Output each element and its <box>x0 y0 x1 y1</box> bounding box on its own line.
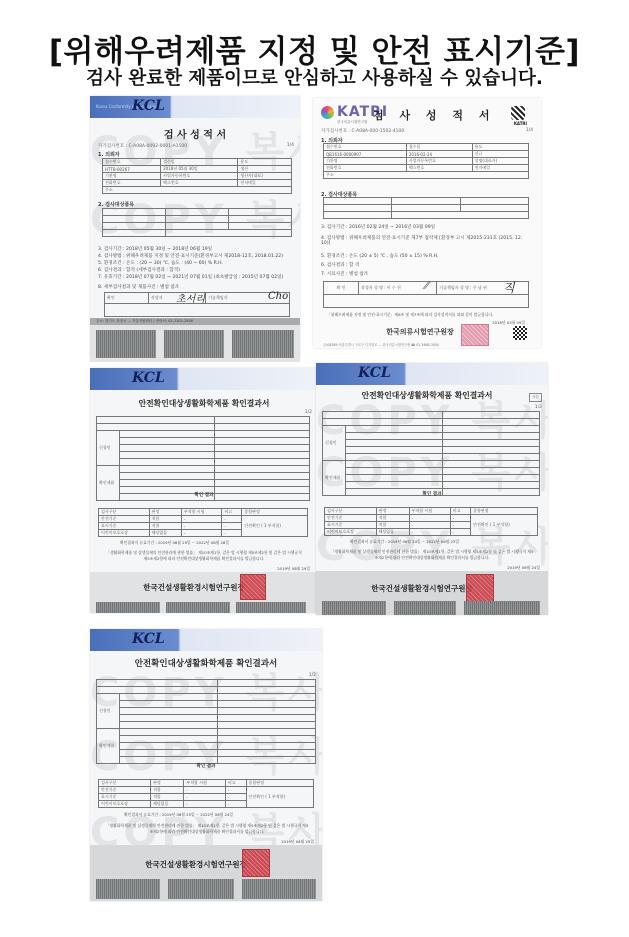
security-pattern <box>168 879 234 899</box>
kcl-logo-icon: KCL <box>132 631 165 647</box>
doc-title: 안전확인대상생활화학제품 확인결과서 <box>316 390 548 401</box>
official-seal-icon <box>240 574 266 600</box>
official-seal-icon <box>461 324 489 346</box>
katri-mark-label: KATRI <box>514 121 527 126</box>
security-pattern <box>96 602 160 613</box>
issuing-organization: 한국의류시험연구원장 <box>313 327 541 337</box>
validity-period: 7. 유효기간 : 2018년 07월 02일 ~ 2021년 07월 01일 … <box>98 274 283 280</box>
section-heading: 1. 의뢰자 <box>98 151 120 158</box>
issuing-organization: 한국건설생활환경시험연구원장 <box>90 582 318 593</box>
signature: 초서리 <box>176 290 205 305</box>
requester-table: 접수번호접수일용도 QB1616-00009972016-02-24신규 기관명… <box>323 143 529 179</box>
detail-results: 8. 세부검사결과 및 제품사진 : 별첨 참조 <box>98 284 179 290</box>
page-number: 1/4 <box>526 128 533 133</box>
kcl-banner: KCL <box>90 368 318 390</box>
official-seal-icon <box>466 574 494 602</box>
katri-mark-icon <box>511 106 525 120</box>
page-number: 1/2 <box>305 410 312 415</box>
cert-number: 자가검사번호 : C-A08A-000-1502-4100 <box>321 128 404 134</box>
result-header: 확인 결과 <box>90 492 318 498</box>
cert-number: 자가검사번호 : C-A08A-0092-0001-A1500 <box>98 143 187 149</box>
issue-statement: 「생활화학제품 및 살생물제의 안전관리에 관한 법률」 제10조제1항, 같은… <box>330 549 534 561</box>
section-heading: 2. 검사대상품목 <box>98 201 134 208</box>
signature: Cho <box>268 291 288 302</box>
issuing-organization: 한국건설생활환경시험연구원장 <box>90 859 322 870</box>
security-pattern <box>242 879 316 899</box>
page-number: 1/2 <box>309 673 316 678</box>
product-table <box>102 208 292 237</box>
kcl-banner: KCL <box>90 629 322 651</box>
security-pattern <box>464 601 540 615</box>
inspection-period: 3. 검사기간 : 2016년 02월 24일 ~ 2016년 03월 09일 <box>321 224 435 230</box>
applicant-table: 신청인 확인제품 <box>322 411 540 496</box>
inspection-method: 4. 검사방법 : 위해우려제품 지정 및 안전·표시기준(환경부고시 제201… <box>98 253 283 259</box>
kcl-banner: KCL <box>316 363 548 385</box>
kcl-logo-icon: KCL <box>132 370 165 386</box>
doc-title: 안전확인대상생활화학제품 확인결과서 <box>90 657 322 669</box>
footer-address: 우)08389 서울특별시 구로구 디지털로 ... 한국의류시험연구원 ☎ 0… <box>323 342 439 347</box>
security-pattern <box>96 879 160 899</box>
katri-inspection-certificate: KATRI 한국의류시험연구원 검 사 성 적 서 KATRI 자가검사번호 :… <box>313 98 541 348</box>
kcl-logo-icon: KCL <box>358 365 391 381</box>
result-table: 검사구분판정부적합 시험비고종합판정 안전기준적합--안전확인 ( 1 부적합)… <box>324 507 538 536</box>
qr-code-icon <box>513 326 527 340</box>
issuing-organization: 한국건설생활환경시험연구원장 <box>316 583 548 594</box>
doc-title: 안전확인대상생활화학제품 확인결과서 <box>90 398 318 409</box>
issue-statement: 「생활화학제품 및 살생물제의 안전관리에 관한 법률」 제10조제1항, 같은… <box>104 823 310 835</box>
kcl-confirmation-result-3: KCL COPY 복사본 COPY 복사본 COPY 복사본 안전확인대상생활화… <box>90 629 322 901</box>
security-pattern <box>166 602 230 613</box>
validity-period: 확인결과서 유효기간 : 2019년 06월 24일 ~ 2022년 06월 2… <box>350 539 459 545</box>
security-pattern <box>322 601 386 615</box>
requester-table: 접수번호접수일용도 HTTB-002672018년 05월 30일생산 기관명사… <box>102 158 292 194</box>
result-header: 확인 결과 <box>316 491 548 497</box>
result-table: 검사구분판정부적합 시험비고종합판정 안전기준적합--안전확인 ( 1 부적합)… <box>98 779 314 808</box>
kcl-confirmation-result-2: KCL COPY 복사본 COPY 복사본 COPY 복사본 안전확인대상생활화… <box>316 363 548 615</box>
security-pattern <box>236 602 306 613</box>
applicant-table: 신청인 확인제품 <box>96 416 310 501</box>
result-header: 확인 결과 <box>90 763 322 769</box>
security-pattern <box>96 330 156 358</box>
page-number: 1/4 <box>287 143 294 148</box>
issuer-tag: 한국의류시험연구원 <box>337 120 367 125</box>
inspection-result: 6. 검사결과 : 합격 (세부검사결과 : 합격) <box>98 267 180 273</box>
security-pattern <box>394 601 456 615</box>
security-pattern <box>232 330 294 358</box>
doc-title: 검 사 성 적 서 <box>90 126 300 141</box>
signature: 직 <box>503 279 515 296</box>
validity-period: 확인결과서 유효기간 : 2019년 06월 25일 ~ 2022년 06월 2… <box>124 812 233 818</box>
environment-conditions: 5. 환경조건 : 온도 (20 ± 5) ℃ , 습도 (50 ± 15) %… <box>321 253 439 259</box>
footer-address: 주소: 경기도 과천시 ... 기술지원센터 / 연락처: 02-2102-25… <box>96 319 193 324</box>
product-table <box>323 197 529 219</box>
kcl-logo-icon: KCL <box>132 98 165 114</box>
security-pattern <box>164 330 224 358</box>
validity-period: 확인결과서 유효기간 : 2019년 08월 29일 ~ 2022년 08월 2… <box>120 540 229 546</box>
environment-conditions: 5. 환경조건 : 온도 : (20 ~ 30) ℃, 습도 : (40 ~ 6… <box>98 260 223 266</box>
inspection-result: 6. 검사결과 : 합 격 <box>321 262 359 268</box>
page-number: 1/2 <box>535 405 542 410</box>
issue-notice: 「위해우려제품 지정 및 안전·표시기준」제6조 및 제7조에 따라 검사성적서… <box>327 312 493 318</box>
page-subtitle: 검사 완료한 제품이므로 안심하고 사용하실 수 있습니다. <box>0 64 629 90</box>
doc-title: 검 사 성 적 서 <box>373 107 495 123</box>
applicant-table: 신청인 확인제품 <box>96 679 316 764</box>
copy-stamp-box: 사본 <box>529 393 542 402</box>
inspection-period: 3. 검사기간 : 2018년 05월 30일 ~ 2018년 06월 19일 <box>98 246 212 252</box>
result-table: 검사구분판정부적합 시험비고종합판정 안전기준적합--안전확인 ( 1 부적합)… <box>98 508 308 537</box>
kcl-banner: Korea Conformity Laboratories KCL <box>90 96 300 118</box>
official-seal-icon <box>242 849 270 877</box>
katri-logo-icon <box>321 106 334 119</box>
kcl-footer: 주소: 경기도 과천시 ... 기술지원센터 / 연락처: 02-2102-25… <box>90 318 300 362</box>
kcl-confirmation-result-1: KCL 안전확인대상생활화학제품 확인결과서 1/2 신청인 확인제품 확인 결… <box>90 368 318 613</box>
signature: ⁄⁄ <box>425 281 428 292</box>
issue-statement: 「생활화학제품 및 살생물제의 안전관리에 관한 법률」 제10조제1항, 같은… <box>104 550 304 562</box>
inspection-method: 4. 검사방법 : 위해우려제품의 안전·표시기준 제7부 접착제 [환경부 고… <box>321 235 526 246</box>
sample-photo: 7. 시료사진 : 별첨 참조 <box>321 271 368 277</box>
